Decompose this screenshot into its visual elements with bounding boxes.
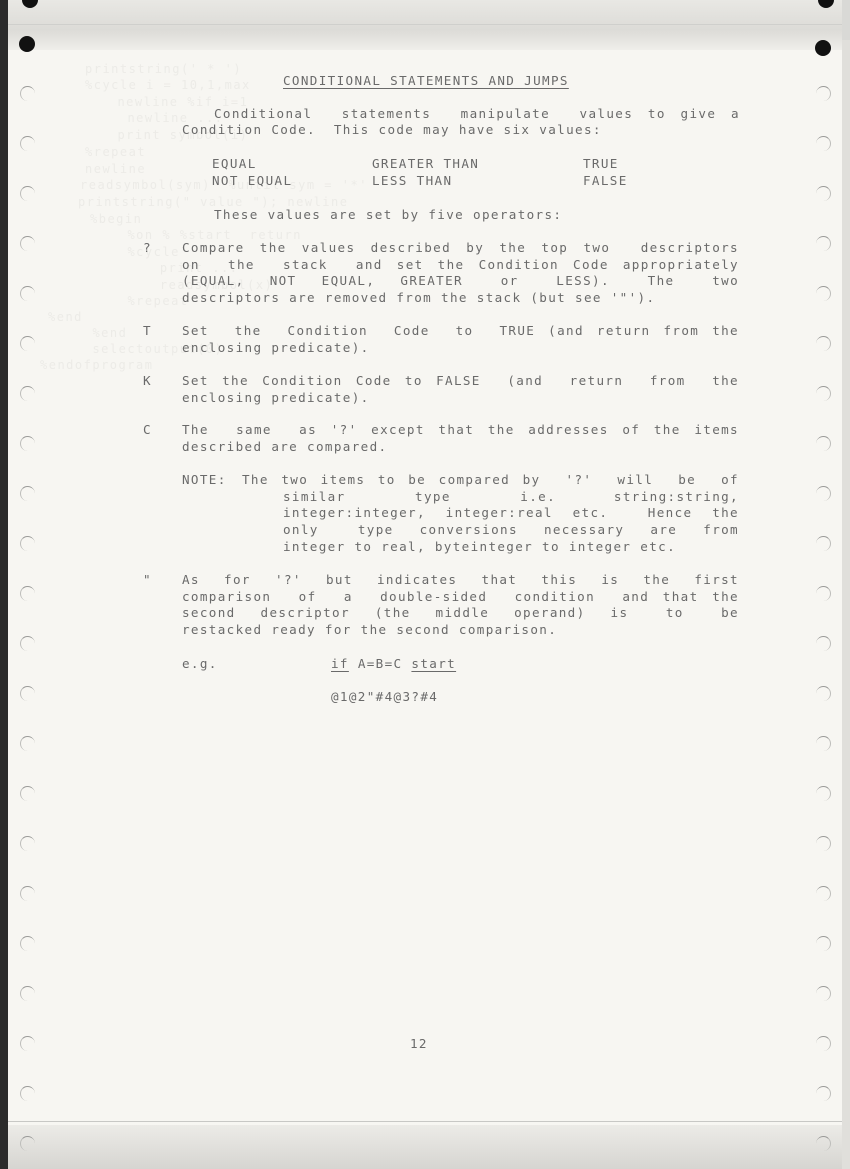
operator-symbol: " — [143, 572, 152, 587]
tractor-hole-icon — [816, 86, 831, 101]
operator-symbol: ? — [143, 240, 152, 255]
value-not-equal: NOT EQUAL — [212, 173, 292, 188]
tractor-hole-icon — [20, 86, 35, 101]
tractor-hole-icon — [816, 886, 831, 901]
note-line: similar type i.e. string:string, — [283, 489, 739, 504]
tractor-hole-icon — [816, 336, 831, 351]
tractor-hole-icon — [20, 736, 35, 751]
tractor-hole-icon — [816, 936, 831, 951]
tractor-hole-icon — [20, 486, 35, 501]
operator-description-line: descriptors are removed from the stack (… — [182, 290, 655, 305]
tractor-hole-icon — [816, 986, 831, 1001]
tractor-hole-icon — [816, 536, 831, 551]
tractor-hole-icon — [20, 1036, 35, 1051]
example-expression: A=B=C — [358, 656, 403, 671]
page-title: CONDITIONAL STATEMENTS AND JUMPS — [283, 73, 569, 88]
tractor-hole-icon — [20, 1086, 35, 1101]
tractor-hole-icon — [816, 236, 831, 251]
tractor-hole-icon — [816, 486, 831, 501]
tractor-hole-icon — [20, 886, 35, 901]
operator-description-line: Compare the values described by the top … — [182, 240, 739, 255]
operator-symbol: C — [143, 422, 152, 437]
tractor-hole-icon — [20, 1136, 35, 1151]
operator-description-line: on the stack and set the Condition Code … — [182, 257, 739, 272]
keyword-if: if — [331, 656, 349, 671]
tear-line-bottom — [8, 1121, 842, 1122]
value-true: TRUE — [583, 156, 619, 171]
note-line: integer:integer, integer:real etc. Hence… — [283, 505, 739, 520]
punch-hole-icon — [815, 40, 831, 56]
operator-description-line: restacked ready for the second compariso… — [182, 622, 557, 637]
tear-line-top — [8, 24, 842, 25]
ghost-line: %end — [75, 326, 127, 340]
tractor-hole-icon — [20, 236, 35, 251]
note-line: only type conversions necessary are from — [283, 522, 739, 537]
tractor-hole-icon — [20, 586, 35, 601]
operator-description-line: described are compared. — [182, 439, 387, 454]
tractor-hole-icon — [816, 1086, 831, 1101]
tractor-hole-icon — [20, 636, 35, 651]
operator-description-line: Set the Condition Code to FALSE (and ret… — [182, 373, 739, 388]
operators-intro: These values are set by five operators: — [214, 207, 562, 222]
operator-description-line: The same as '?' except that the addresse… — [182, 422, 739, 437]
note-line: The two items to be compared by '?' will… — [242, 472, 739, 487]
value-greater-than: GREATER THAN — [372, 156, 479, 171]
perforation-band-top — [8, 0, 842, 50]
tractor-hole-icon — [816, 186, 831, 201]
tractor-hole-icon — [20, 536, 35, 551]
ghost-line: %repeat — [85, 145, 146, 159]
tractor-hole-icon — [816, 686, 831, 701]
value-false: FALSE — [583, 173, 628, 188]
tractor-hole-icon — [20, 186, 35, 201]
operator-description-line: enclosing predicate). — [182, 390, 370, 405]
intro-line-2: Condition Code. This code may have six v… — [182, 122, 602, 137]
tractor-hole-icon — [20, 336, 35, 351]
intro-line-1: Conditional statements manipulate values… — [182, 106, 740, 121]
ghost-line: %begin — [90, 212, 142, 226]
example-label: e.g. — [182, 656, 218, 671]
tractor-hole-icon — [816, 1036, 831, 1051]
tractor-hole-icon — [816, 436, 831, 451]
operator-symbol: K — [143, 373, 152, 388]
operator-description-line: (EQUAL, NOT EQUAL, GREATER or LESS). The… — [182, 273, 739, 288]
operator-description-line: As for '?' but indicates that this is th… — [182, 572, 739, 587]
tractor-hole-icon — [816, 736, 831, 751]
ghost-line: newline — [85, 162, 146, 176]
tractor-hole-icon — [816, 786, 831, 801]
tractor-hole-icon — [20, 136, 35, 151]
tractor-hole-icon — [20, 836, 35, 851]
ghost-line: %cycle i = 10,1,max — [85, 78, 251, 92]
example-compiled-code: @1@2"#4@3?#4 — [331, 689, 438, 704]
punch-hole-icon — [19, 36, 35, 52]
right-edge — [842, 40, 850, 1169]
operator-description-line: enclosing predicate). — [182, 340, 370, 355]
operator-description-line: Set the Condition Code to TRUE (and retu… — [182, 323, 739, 338]
tractor-hole-icon — [20, 786, 35, 801]
operator-symbol: T — [143, 323, 152, 338]
ghost-line: printstring(' * ') — [85, 62, 242, 76]
operator-description-line: comparison of a double-sided condition a… — [182, 589, 739, 604]
tractor-hole-icon — [816, 836, 831, 851]
tractor-hole-icon — [20, 936, 35, 951]
note-line: integer to real, byteinteger to integer … — [283, 539, 739, 554]
tractor-hole-icon — [816, 1136, 831, 1151]
operator-description-line: second descriptor (the middle operand) i… — [182, 605, 739, 620]
tractor-hole-icon — [816, 136, 831, 151]
ghost-line: %endofprogram — [40, 358, 153, 372]
ghost-line: %end — [48, 310, 83, 324]
tractor-hole-icon — [20, 386, 35, 401]
value-equal: EQUAL — [212, 156, 257, 171]
left-edge-shadow — [0, 0, 8, 1169]
tractor-hole-icon — [20, 436, 35, 451]
value-less-than: LESS THAN — [372, 173, 452, 188]
intro-text: Conditional statements manipulate values… — [182, 106, 740, 121]
tractor-hole-icon — [816, 586, 831, 601]
perforation-band-bottom — [8, 1125, 842, 1169]
tractor-hole-icon — [20, 986, 35, 1001]
tractor-hole-icon — [20, 686, 35, 701]
tractor-hole-icon — [816, 386, 831, 401]
ghost-line: %repeat — [110, 294, 189, 308]
page-number: 12 — [410, 1036, 428, 1051]
tractor-hole-icon — [20, 286, 35, 301]
keyword-start: start — [411, 656, 456, 671]
note-label: NOTE: — [182, 472, 227, 487]
example-statement: if A=B=C start — [331, 656, 456, 671]
tractor-hole-icon — [816, 286, 831, 301]
tractor-hole-icon — [816, 636, 831, 651]
